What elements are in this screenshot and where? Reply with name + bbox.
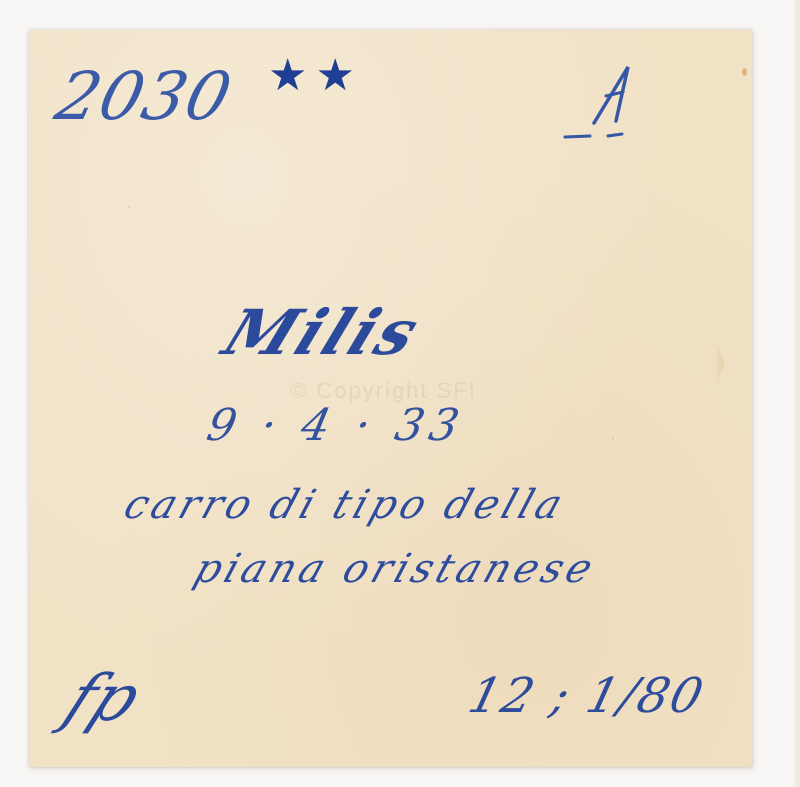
grade-letter: A	[570, 50, 650, 154]
place-name: Milis	[213, 296, 432, 369]
paper-stain	[742, 68, 747, 76]
photo-date: 9 · 4 · 33	[203, 400, 470, 451]
inventory-number: 2030	[48, 58, 239, 135]
description-line-2: piana oristanese	[189, 546, 603, 592]
paper-stain	[612, 438, 614, 440]
background-edge	[794, 0, 800, 787]
rating-stars: ★★	[268, 50, 363, 101]
reference-number: 12 ; 1/80	[463, 668, 711, 724]
description-line-1: carro di tipo della	[119, 482, 572, 528]
paper-stain	[128, 206, 130, 208]
